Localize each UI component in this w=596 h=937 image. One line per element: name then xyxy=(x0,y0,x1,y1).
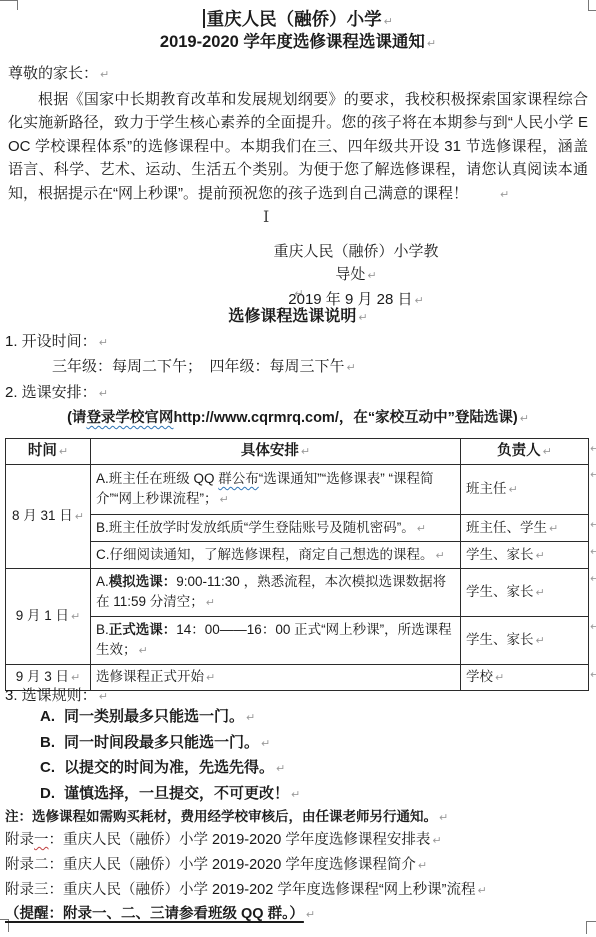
paragraph-mark: ↵ xyxy=(432,834,441,847)
item-cell: B.正式选课：14：00——16：00 正式“网上秒课”，所选课程生效；↵ xyxy=(91,617,461,665)
rule-letter: D. xyxy=(40,782,64,807)
appendix-2: 附录二：重庆人民（融侨）小学 2019-2020 学年度选修课程简介↵ xyxy=(5,853,590,874)
date-text: 9 月 1 日 xyxy=(16,608,69,623)
item-text: 选修课程正式开始 xyxy=(96,669,204,684)
paragraph-mark: ↵ xyxy=(206,593,215,613)
header-arrangement-text: 具体安排 xyxy=(241,443,299,459)
item-cell: A.模拟选课：9:00-11:30 ，熟悉流程，本次模拟选课数据将在 11:59… xyxy=(91,569,461,617)
owner-text: 学生、家长 xyxy=(466,584,534,599)
paragraph-mark: ↵ xyxy=(347,361,356,374)
paragraph-mark: ↵ xyxy=(536,546,545,566)
item-bold-text: 正式选课： xyxy=(109,622,177,637)
paragraph-mark: ↵ xyxy=(536,631,545,651)
section2-label-text: 2. 选课安排： xyxy=(5,384,97,401)
appendix-1-pre: 附录 xyxy=(5,832,34,848)
appendix-1: 附录一：重庆人民（融侨）小学 2019-2020 学年度选修课程安排表↵ xyxy=(5,828,590,849)
header-time: 时间↵ xyxy=(6,439,91,465)
grammar-flagged-text: 群公布 xyxy=(218,471,259,486)
paragraph-mark: ↵ xyxy=(439,811,448,824)
text-insertion-caret xyxy=(203,9,205,28)
end-of-row-mark: ↵ xyxy=(590,620,596,633)
paragraph-mark: ↵ xyxy=(71,607,80,627)
word-document-page[interactable]: 重庆人民（融侨）小学↵ 2019-2020 学年度选修课程选课通知↵ 尊敬的家长… xyxy=(0,0,596,937)
paragraph-mark: ↵ xyxy=(470,184,509,207)
date-text: 8 月 31 日 xyxy=(12,508,73,523)
header-responsible-text: 负责人 xyxy=(497,443,541,459)
section1-detail: 三年级：每周二下午； 四年级：每周三下午↵ xyxy=(52,355,356,376)
materials-note-text: 注：选修课程如需购买耗材，费用经学校审核后，由任课老师另行通知。 xyxy=(5,809,437,824)
owner-text: 学生、家长 xyxy=(466,547,534,562)
paragraph-mark: ↵ xyxy=(520,412,529,425)
paragraph-mark: ↵ xyxy=(358,311,367,324)
section3-label: 3. 选课规则：↵ xyxy=(5,684,108,705)
title-text: 重庆人民（融侨）小学 xyxy=(207,9,382,29)
materials-note: 注：选修课程如需购买耗材，费用经学校审核后，由任课老师另行通知。↵ xyxy=(5,805,590,825)
signature-text: 重庆人民（融侨）小学教导处 xyxy=(273,243,438,283)
schedule-table-container: 时间↵ 具体安排↵ 负责人↵ 8 月 31 日↵ A.班主任在班级 QQ 群公布… xyxy=(5,438,596,691)
subtitle-text: 2019-2020 学年度选修课程选课通知 xyxy=(160,33,425,51)
date-cell-aug31: 8 月 31 日↵ xyxy=(6,465,91,569)
reminder-text: （提醒：附录一、二、三请参看班级 QQ 群。） xyxy=(5,906,304,922)
website-note-rest: ，在“家校互动中”登陆选课) xyxy=(339,410,518,426)
paragraph-mark: ↵ xyxy=(220,490,229,510)
paragraph-mark: ↵ xyxy=(301,442,310,462)
end-of-row-mark: ↵ xyxy=(590,545,596,558)
appendix-2-text: 附录二：重庆人民（融侨）小学 2019-2020 学年度选修课程简介 xyxy=(5,857,416,873)
paragraph-mark: ↵ xyxy=(99,336,108,349)
paragraph-mark: ↵ xyxy=(543,442,552,462)
paragraph-mark: ↵ xyxy=(427,33,436,55)
section1-detail-text: 三年级：每周二下午； 四年级：每周三下午 xyxy=(52,358,345,375)
website-note: (请登录学校官网http://www.cqrmrq.com/，在“家校互动中”登… xyxy=(8,406,588,427)
paragraph-mark: ↵ xyxy=(418,859,427,872)
owner-cell: 学生、家长↵ xyxy=(461,617,589,665)
rule-letter: A. xyxy=(40,705,64,730)
header-time-text: 时间 xyxy=(28,443,57,459)
intro-paragraph: 根据《国家中长期教育改革和发展规划纲要》的要求，我校积极探索国家课程综合化实施新… xyxy=(8,88,588,207)
table-row: C.仔细阅读通知，了解选修课程，商定自己想选的课程。↵ 学生、家长↵ xyxy=(6,542,589,569)
empty-paragraph: ↵ xyxy=(8,284,588,302)
end-of-row-mark: ↵ xyxy=(590,518,596,531)
rule-letter: B. xyxy=(40,731,64,756)
end-of-row-mark: ↵ xyxy=(590,468,596,481)
paragraph-mark: ↵ xyxy=(294,287,303,300)
rule-text: 谨慎选择，一旦提交，不可更改！ xyxy=(64,785,289,802)
paragraph-mark: ↵ xyxy=(549,519,558,539)
end-of-row-mark: ↵ xyxy=(590,668,596,681)
appendix-1-rest: ：重庆人民（融侨）小学 2019-2020 学年度选修课程安排表 xyxy=(49,832,431,848)
rule-item: A.同一类别最多只能选一门。↵ xyxy=(40,705,580,731)
document-title-line1: 重庆人民（融侨）小学↵ xyxy=(8,8,588,33)
paragraph-mark: ↵ xyxy=(276,757,285,782)
owner-cell: 学校↵ xyxy=(461,665,589,691)
section2-label: 2. 选课安排：↵ xyxy=(5,381,108,402)
paragraph-mark: ↵ xyxy=(75,507,84,527)
item-text: A. xyxy=(96,574,109,589)
owner-cell: 班主任↵ xyxy=(461,465,589,515)
table-header-row: 时间↵ 具体安排↵ 负责人↵ xyxy=(6,439,589,465)
item-cell: C.仔细阅读通知，了解选修课程，商定自己想选的课程。↵ xyxy=(91,542,461,569)
appendix-3: 附录三：重庆人民（融侨）小学 2019-202 学年度选修课程“网上秒课”流程↵ xyxy=(5,878,590,899)
owner-cell: 班主任、学生↵ xyxy=(461,515,589,542)
header-arrangement: 具体安排↵ xyxy=(91,439,461,465)
table-row: 8 月 31 日↵ A.班主任在班级 QQ 群公布“选课通知”“选修课表” “课… xyxy=(6,465,589,515)
section1-label-text: 1. 开设时间： xyxy=(5,333,97,350)
paragraph-mark: ↵ xyxy=(246,706,255,731)
rule-text: 同一类别最多只能选一门。 xyxy=(64,708,244,725)
rule-text: 同一时间段最多只能选一门。 xyxy=(64,734,259,751)
schedule-table: 时间↵ 具体安排↵ 负责人↵ 8 月 31 日↵ A.班主任在班级 QQ 群公布… xyxy=(5,438,589,691)
paragraph-mark: ↵ xyxy=(139,641,148,661)
paragraph-mark: ↵ xyxy=(509,480,518,500)
table-row: 9 月 1 日↵ A.模拟选课：9:00-11:30 ，熟悉流程，本次模拟选课数… xyxy=(6,569,589,617)
salutation-text: 尊敬的家长： xyxy=(8,65,98,82)
paragraph-mark: ↵ xyxy=(495,668,504,688)
paragraph-mark: ↵ xyxy=(478,884,487,897)
website-note-grammar-flagged: 登录学校官网 xyxy=(86,410,173,426)
paragraph-mark: ↵ xyxy=(417,519,426,539)
salutation: 尊敬的家长：↵ xyxy=(8,62,588,83)
rules-list: A.同一类别最多只能选一门。↵ B.同一时间段最多只能选一门。↵ C.以提交的时… xyxy=(40,705,580,807)
table-row: B.班主任放学时发放纸质“学生登陆账号及随机密码”。↵ 班主任、学生↵ xyxy=(6,515,589,542)
item-text: B. xyxy=(96,622,109,637)
paragraph-mark: ↵ xyxy=(436,546,445,566)
paragraph-mark: ↵ xyxy=(384,11,393,33)
section1-label: 1. 开设时间：↵ xyxy=(5,330,108,351)
owner-text: 班主任、学生 xyxy=(466,520,547,535)
website-url-text: http://www.cqrmrq.com/ xyxy=(173,410,338,426)
paragraph-mark: ↵ xyxy=(536,583,545,603)
document-title-line2: 2019-2020 学年度选修课程选课通知↵ xyxy=(8,31,588,55)
owner-cell: 学生、家长↵ xyxy=(461,542,589,569)
item-bold-text: 模拟选课： xyxy=(109,574,177,589)
date-text: 9 月 3 日 xyxy=(16,669,69,684)
spellcheck-flagged-text: 一 xyxy=(34,832,49,848)
paragraph-mark: ↵ xyxy=(206,668,215,688)
item-text: A.班主任在班级 QQ xyxy=(96,471,218,486)
paragraph-mark: ↵ xyxy=(100,68,109,81)
rule-text: 以提交的时间为准，先选先得。 xyxy=(64,759,274,776)
rule-item: B.同一时间段最多只能选一门。↵ xyxy=(40,731,580,757)
header-responsible: 负责人↵ xyxy=(461,439,589,465)
rule-letter: C. xyxy=(40,756,64,781)
rule-item: D.谨慎选择，一旦提交，不可更改！↵ xyxy=(40,782,580,808)
reminder-line: （提醒：附录一、二、三请参看班级 QQ 群。）↵ xyxy=(5,902,590,923)
owner-text: 学校 xyxy=(466,669,493,684)
paragraph-mark: ↵ xyxy=(306,908,315,921)
paragraph-mark: ↵ xyxy=(99,690,108,703)
end-of-row-mark: ↵ xyxy=(590,442,596,455)
paragraph-mark: ↵ xyxy=(291,783,300,808)
appendix-3-text: 附录三：重庆人民（融侨）小学 2019-202 学年度选修课程“网上秒课”流程 xyxy=(5,882,476,898)
paragraph-mark: ↵ xyxy=(59,442,68,462)
item-text: C.仔细阅读通知，了解选修课程，商定自己想选的课程。 xyxy=(96,547,434,562)
end-of-row-mark: ↵ xyxy=(590,572,596,585)
item-cell: A.班主任在班级 QQ 群公布“选课通知”“选修课表” “课程简介”“网上秒课流… xyxy=(91,465,461,515)
paragraph-mark: ↵ xyxy=(261,732,270,757)
text-boundary-corner-top-right xyxy=(588,0,596,11)
ibeam-cursor-icon: I xyxy=(263,207,269,226)
section3-label-text: 3. 选课规则： xyxy=(5,687,97,704)
item-text: B.班主任放学时发放纸质“学生登陆账号及随机密码”。 xyxy=(96,520,415,535)
date-cell-sep1: 9 月 1 日↵ xyxy=(6,569,91,665)
table-row: B.正式选课：14：00——16：00 正式“网上秒课”，所选课程生效；↵ 学生… xyxy=(6,617,589,665)
owner-text: 班主任 xyxy=(466,481,507,496)
section-heading: 选修课程选课说明↵ xyxy=(8,303,588,326)
section-heading-text: 选修课程选课说明 xyxy=(228,308,356,325)
item-cell: B.班主任放学时发放纸质“学生登陆账号及随机密码”。↵ xyxy=(91,515,461,542)
paragraph-mark: ↵ xyxy=(99,387,108,400)
website-note-open: (请 xyxy=(67,410,86,426)
signature-line: 重庆人民（融侨）小学教导处↵ xyxy=(270,240,442,288)
rule-item: C.以提交的时间为准，先选先得。↵ xyxy=(40,756,580,782)
owner-cell: 学生、家长↵ xyxy=(461,569,589,617)
item-cell: 选修课程正式开始↵ xyxy=(91,665,461,691)
owner-text: 学生、家长 xyxy=(466,632,534,647)
